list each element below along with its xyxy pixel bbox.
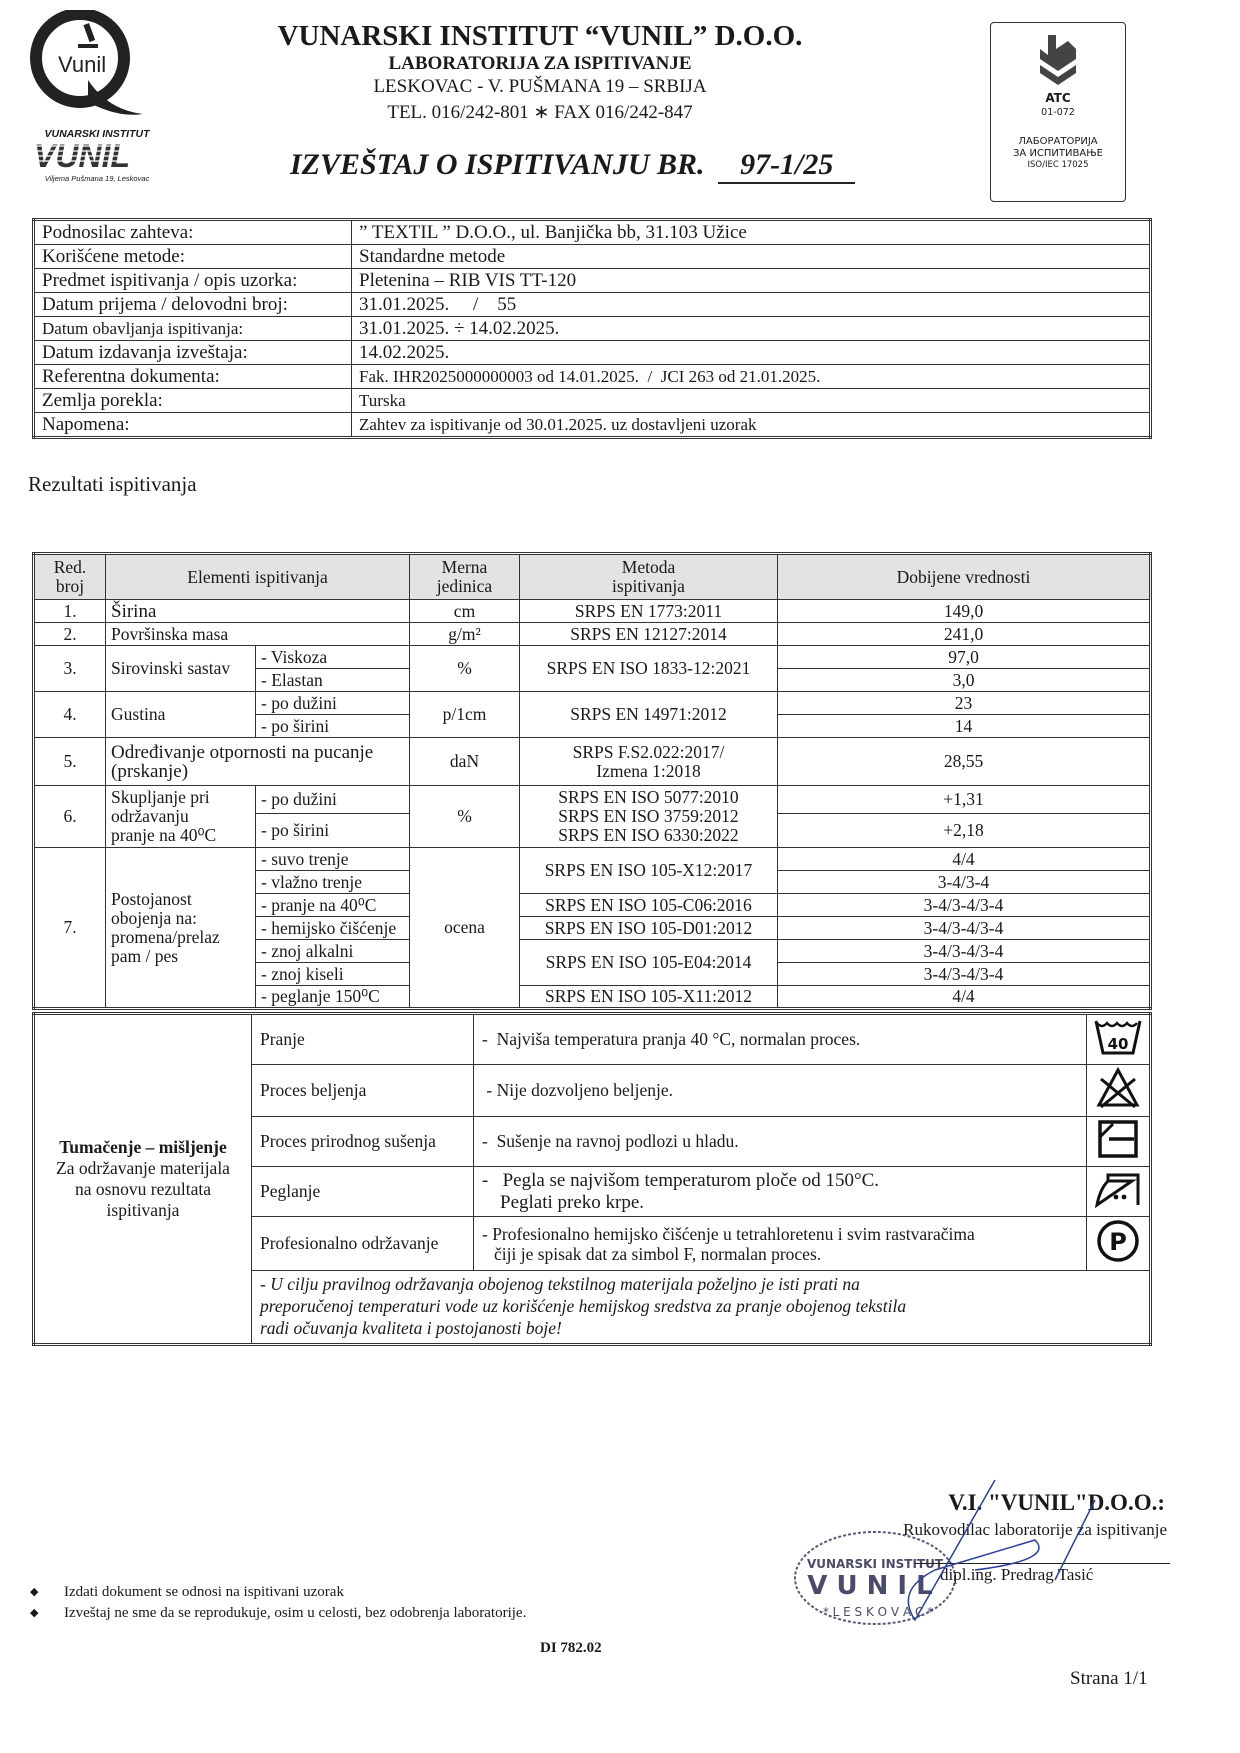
info-row: Korišćene metode:Standardne metode: [34, 245, 1151, 269]
info-row: Datum izdavanja izveštaja:14.02.2025.: [34, 341, 1151, 365]
disclaimer-item: ◆Izveštaj ne sme da se reprodukuje, osim…: [30, 1603, 526, 1624]
dryclean-p-icon: P: [1087, 1217, 1151, 1271]
info-row: Predmet ispitivanja / opis uzorka:Pleten…: [34, 269, 1151, 293]
diamond-bullet-icon: ◆: [30, 1582, 64, 1603]
header-value: Dobijene vrednosti: [778, 554, 1151, 600]
atc-lab-line2: ЗА ИСПИТИВАЊЕ: [991, 148, 1125, 160]
request-info-table: Podnosilac zahteva:” TEXTIL ” D.O.O., ul…: [32, 218, 1152, 439]
table-row: 3. Sirovinski sastav - Viskoza % SRPS EN…: [34, 646, 1151, 669]
header-element: Elementi ispitivanja: [106, 554, 410, 600]
svg-text:P: P: [1109, 1228, 1127, 1256]
report-number: 97-1/25: [718, 148, 855, 184]
table-row: 4. Gustina - po dužini p/1cm SRPS EN 149…: [34, 692, 1151, 715]
info-row: Datum obavljanja ispitivanja:31.01.2025.…: [34, 317, 1151, 341]
accreditation-badge: ATC 01-072 ЛАБОРАТОРИЈА ЗА ИСПИТИВАЊЕ IS…: [990, 22, 1126, 202]
care-row: Tumačenje – mišljenje Za održavanje mate…: [34, 1014, 1151, 1065]
atc-chevron-icon: [1038, 35, 1078, 85]
atc-code: ATC: [991, 91, 1125, 105]
interpretation-table: Tumačenje – mišljenje Za održavanje mate…: [32, 1012, 1152, 1346]
atc-standard: ISO/IEC 17025: [991, 160, 1125, 170]
document-code: DI 782.02: [540, 1640, 602, 1657]
institute-name: VUNARSKI INSTITUT “VUNIL” D.O.O.: [230, 20, 850, 53]
results-table: Red.broj Elementi ispitivanja Mernajedin…: [32, 552, 1152, 1010]
table-row: 6. Skupljanje pri održavanjupranje na 40…: [34, 786, 1151, 814]
table-row: 7. Postojanostobojenja na:promena/prelaz…: [34, 848, 1151, 871]
wash-40-icon: 40: [1087, 1014, 1151, 1065]
page-number: Strana 1/1: [1070, 1668, 1148, 1690]
report-label: IZVEŠTAJ O ISPITIVANJU BR.: [290, 148, 705, 181]
table-row: 2. Površinska masa g/m² SRPS EN 12127:20…: [34, 623, 1151, 646]
header-unit: Mernajedinica: [410, 554, 520, 600]
no-bleach-icon: [1087, 1065, 1151, 1117]
vunil-brand-logo: VUNIL: [30, 140, 164, 170]
diamond-bullet-icon: ◆: [30, 1603, 64, 1624]
lab-name: LABORATORIJA ZA ISPITIVANJE: [230, 53, 850, 75]
atc-number: 01-072: [991, 107, 1125, 118]
info-row: Podnosilac zahteva:” TEXTIL ” D.O.O., ul…: [34, 220, 1151, 245]
info-row: Napomena:Zahtev za ispitivanje od 30.01.…: [34, 413, 1151, 438]
disclaimer-list: ◆Izdati dokument se odnosi na ispitivani…: [30, 1582, 526, 1624]
logo-subtitle: VUNARSKI INSTITUT: [32, 128, 162, 140]
iron-medium-icon: [1087, 1167, 1151, 1217]
svg-text:Vunil: Vunil: [58, 52, 106, 77]
logo-address: Viljema Pušmana 19, Leskovac: [32, 174, 162, 183]
atc-lab-line1: ЛАБОРАТОРИЈА: [991, 136, 1125, 148]
info-row: Referentna dokumenta:Fak. IHR20250000000…: [34, 365, 1151, 389]
header-no: Red.broj: [34, 554, 106, 600]
institute-address: LESKOVAC - V. PUŠMANA 19 – SRBIJA: [230, 76, 850, 98]
institute-phone: TEL. 016/242-801 ∗ FAX 016/242-847: [230, 101, 850, 124]
info-row: Zemlja porekla:Turska: [34, 389, 1151, 413]
vunil-q-logo: Vunil: [28, 10, 146, 120]
disclaimer-item: ◆Izdati dokument se odnosi na ispitivani…: [30, 1582, 526, 1603]
table-row: 1. Širina cm SRPS EN 1773:2011 149,0: [34, 600, 1151, 623]
report-title: IZVEŠTAJ O ISPITIVANJU BR. 97-1/25: [290, 148, 855, 184]
dry-flat-shade-icon: [1087, 1117, 1151, 1167]
svg-text:40: 40: [1108, 1035, 1129, 1053]
table-row: 5. Određivanje otpornosti na pucanje(prs…: [34, 738, 1151, 786]
header-method: Metodaispitivanja: [520, 554, 778, 600]
info-row: Datum prijema / delovodni broj:31.01.202…: [34, 293, 1151, 317]
interpretation-label: Tumačenje – mišljenje Za održavanje mate…: [34, 1014, 252, 1345]
results-header: Red.broj Elementi ispitivanja Mernajedin…: [34, 554, 1151, 600]
svg-text:VUNIL: VUNIL: [34, 140, 130, 170]
results-section-title: Rezultati ispitivanja: [28, 472, 197, 497]
handwritten-signature: [855, 1470, 1215, 1630]
care-note: - U cilju pravilnog održavanja obojenog …: [252, 1271, 1151, 1345]
